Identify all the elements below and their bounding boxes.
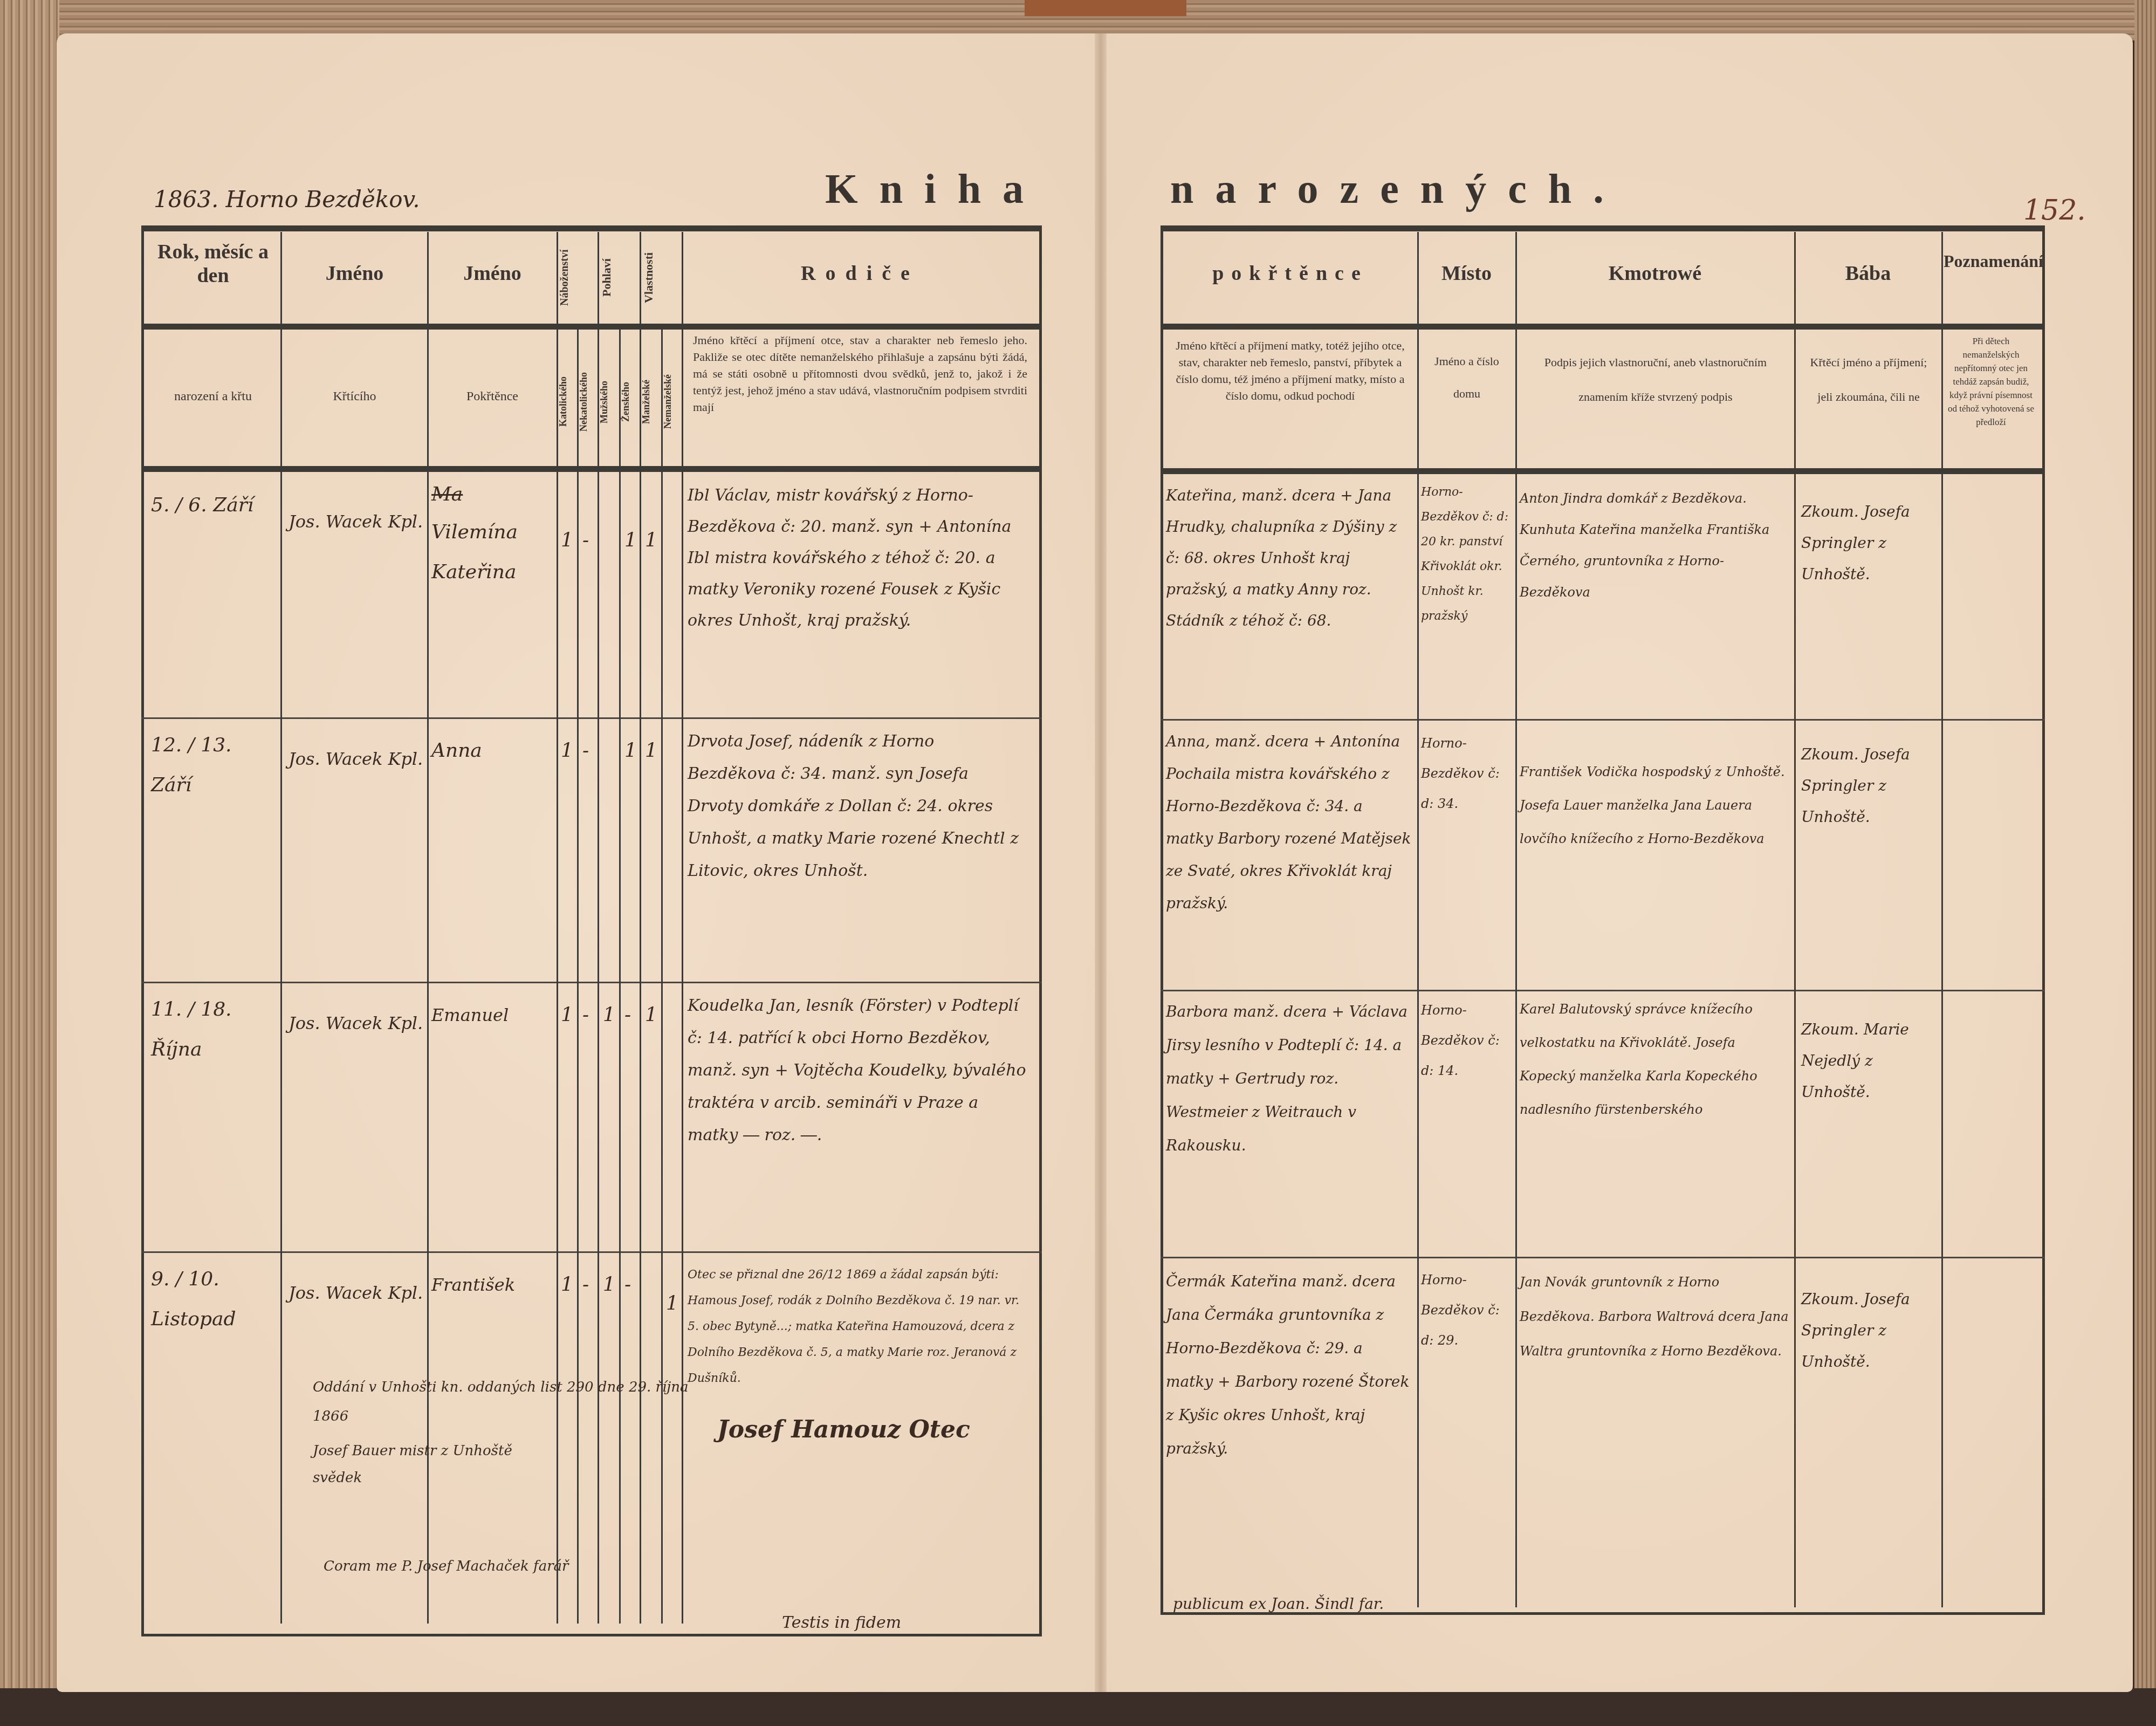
mark-muzske: 1 — [603, 1265, 615, 1305]
entry-midwife: Zkoum. Marie Nejedlý z Unhoště. — [1801, 1014, 1936, 1108]
mark-zenske: 1 — [624, 520, 637, 560]
book-cover-bottom — [0, 1688, 2156, 1726]
mark-manzelske: 1 — [645, 731, 657, 771]
left-subheader-divider — [141, 466, 1042, 472]
sub-misto: Jméno a číslo domu — [1424, 345, 1510, 410]
header-kmotrove: Kmotrowé — [1518, 262, 1793, 285]
entry-midwife: Zkoum. Josefa Springler z Unhoště. — [1801, 496, 1936, 590]
sub-nemanzelske: Nemanželské — [662, 345, 682, 458]
entry-father: Drvota Josef, nádeník z Horno Bezděkova … — [688, 725, 1027, 887]
entry-mother: Kateřina, manž. dcera + Jana Hrudky, cha… — [1166, 480, 1414, 636]
sub-nekatolickeho: Nekatolického — [578, 345, 598, 458]
header-poznamenani: Poznamenání — [1944, 249, 2038, 273]
row-divider-3-right — [1161, 1257, 2045, 1258]
entry-place: Horno-Bezděkov č: d: 34. — [1421, 728, 1513, 819]
entry-child-name: Anna — [431, 731, 482, 771]
sub-katolickeho: Katolického — [558, 345, 577, 458]
header-pokrtence: pokřtěnce — [1165, 262, 1416, 285]
header-misto: Místo — [1419, 262, 1514, 285]
header-vlastnosti: Vlastnosti — [642, 237, 679, 318]
entry-date: 5. / 6. Září — [151, 485, 278, 525]
sub-manzelske: Manželské — [641, 345, 660, 458]
legitimation-note: Oddání v Unhošti kn. oddaných list 290 d… — [313, 1373, 690, 1431]
mark-nekatolicke: - — [582, 1265, 589, 1305]
mark-muzske: 1 — [603, 995, 615, 1035]
header-jmeno-pokrtence: Jméno — [430, 262, 555, 285]
sub-kmotrove: Podpis jejich vlastnoruční, aneb vlastno… — [1526, 345, 1785, 414]
witness-note: Josef Bauer mistr z Unhoště svědek — [313, 1437, 528, 1491]
header-baba: Bába — [1796, 262, 1940, 285]
entry-child-name-struck: Ma — [431, 475, 463, 515]
mark-manzelske: 1 — [645, 520, 657, 560]
col-line — [1417, 232, 1419, 1607]
book-spine — [1025, 0, 1186, 16]
sub-pokrtence: Pokřtěnce — [430, 388, 555, 405]
col-line — [1794, 232, 1796, 1607]
entry-priest: Jos. Wacek Kpl. — [289, 1003, 423, 1043]
right-subheader-divider — [1161, 468, 2045, 474]
mark-zenske: - — [624, 1265, 631, 1305]
entry-godparents: Karel Balutovský správce knížecího velko… — [1520, 992, 1789, 1126]
mark-manzelske: 1 — [645, 995, 657, 1035]
sub-zenskeho: Ženského — [620, 345, 640, 458]
header-jmeno-krticiho: Jméno — [283, 262, 426, 285]
entry-child-name: František — [431, 1265, 515, 1305]
entry-place: Horno-Bezděkov č: d: 29. — [1421, 1265, 1513, 1355]
row-divider-3 — [141, 1251, 1042, 1253]
entry-mother: Čermák Kateřina manž. dcera Jana Čermáka… — [1166, 1265, 1414, 1465]
mark-nekatolicke: - — [582, 520, 589, 560]
sub-pokrtence-matka: Jméno křtěcí a příjmení matky, totéž jej… — [1168, 337, 1413, 404]
entry-priest: Jos. Wacek Kpl. — [289, 502, 423, 542]
coram-note: Coram me P. Josef Machaček farář — [324, 1553, 647, 1579]
entry-godparents: František Vodička hospodský z Unhoště. J… — [1520, 755, 1789, 855]
sub-krticiho: Křtícího — [283, 388, 426, 405]
mark-zenske: - — [624, 995, 631, 1035]
sub-rodice: Jméno křtěcí a příjmení otce, stav a cha… — [693, 332, 1027, 415]
entry-father: Koudelka Jan, lesník (Förster) v Podtepl… — [688, 990, 1027, 1152]
entry-mother: Barbora manž. dcera + Václava Jirsy lesn… — [1166, 995, 1414, 1162]
mark-nekatolicke: - — [582, 731, 589, 771]
title-right: narozených. — [1170, 165, 1625, 213]
row-divider-2-right — [1161, 990, 2045, 991]
entry-child-name: Vilemína Kateřina — [431, 512, 553, 592]
book-edge-left — [0, 0, 59, 1726]
testis-note: Testis in fidem — [782, 1610, 901, 1635]
title-left: Kniha — [825, 165, 1045, 213]
entry-place: Horno-Bezděkov č: d: 14. — [1421, 995, 1513, 1086]
entry-midwife: Zkoum. Josefa Springler z Unhoště. — [1801, 1284, 1936, 1378]
entry-place: Horno-Bezděkov č: d: 20 kr. panství Křiv… — [1421, 480, 1513, 629]
entry-date: 11. / 18. Října — [151, 990, 278, 1070]
header-rodice: Rodiče — [685, 262, 1035, 285]
entry-child-name: Emanuel — [431, 995, 509, 1035]
header-nabozenstvi: Náboženství — [559, 237, 596, 318]
book-gutter — [1095, 33, 1107, 1692]
mark-nemanzelske: 1 — [666, 1284, 678, 1324]
mark-nekatolicke: - — [582, 995, 589, 1035]
mark-katolicke: 1 — [561, 731, 573, 771]
col-line — [1515, 232, 1517, 1607]
left-header-divider — [141, 324, 1042, 330]
sub-baba: Křtěcí jméno a příjmení; jeli zkoumána, … — [1801, 345, 1936, 414]
entry-mother: Anna, manž. dcera + Antonína Pochaila mi… — [1166, 725, 1414, 920]
entry-godparents: Anton Jindra domkář z Bezděkova. Kunhuta… — [1520, 483, 1789, 608]
col-line — [280, 232, 282, 1624]
col-line — [1941, 232, 1943, 1607]
entry-midwife: Zkoum. Josefa Springler z Unhoště. — [1801, 739, 1936, 833]
entry-date: 9. / 10. Listopad — [151, 1259, 278, 1339]
sub-narozeni: narození a křtu — [146, 388, 280, 405]
row-divider-2 — [141, 982, 1042, 983]
row-divider-1-right — [1161, 719, 2045, 721]
header-note: 1863. Horno Bezděkov. — [154, 186, 420, 213]
father-signature: Josef Hamouz Otec — [717, 1416, 970, 1443]
page-number: 152. — [2023, 194, 2086, 227]
row-divider-1 — [141, 717, 1042, 719]
mark-zenske: 1 — [624, 731, 637, 771]
entry-godparents: Jan Novák gruntovník z Horno Bezděkova. … — [1520, 1265, 1789, 1368]
entry-priest: Jos. Wacek Kpl. — [289, 1273, 423, 1313]
mark-katolicke: 1 — [561, 995, 573, 1035]
sub-poznamenani: Při dětech nemanželských nepřítomný otec… — [1946, 334, 2036, 429]
mark-katolicke: 1 — [561, 1265, 573, 1305]
right-header-divider — [1161, 324, 2045, 330]
entry-priest: Jos. Wacek Kpl. — [289, 739, 423, 779]
mark-katolicke: 1 — [561, 520, 573, 560]
header-rok: Rok, měsíc a den — [146, 240, 280, 287]
entry-father: Otec se přiznal dne 26/12 1869 a žádal z… — [688, 1262, 1027, 1392]
sub-muzskeho: Mužského — [599, 345, 618, 458]
book-edge-right — [2134, 0, 2156, 1726]
header-pohlavi: Pohlaví — [600, 237, 637, 318]
entry-date: 12. / 13. Září — [151, 725, 278, 805]
entry-father: Ibl Václav, mistr kovářský z Horno-Bezdě… — [688, 480, 1027, 636]
publication-note: publicum ex Joan. Šindl far. — [1173, 1591, 1384, 1617]
